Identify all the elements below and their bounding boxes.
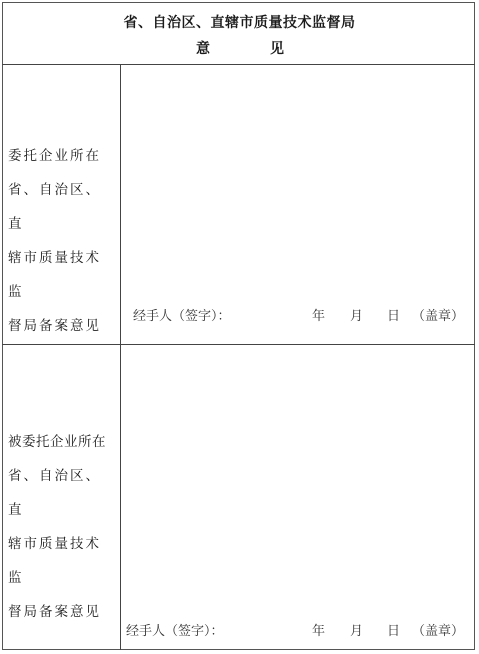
label-line: 督局备案意见 [8,309,116,343]
day-label: 日 [387,620,400,639]
seal-label: （盖章） [412,620,464,639]
label-line: 督局备案意见 [8,595,116,629]
handler-signature-label: 经手人（签字）： [133,305,231,324]
month-label: 月 [350,620,363,639]
label-line: 被委托企业所在 [8,425,116,459]
month-label: 月 [350,305,363,324]
subtitle-char-1: 意 [196,38,210,58]
subtitle-char-2: 见 [270,38,284,58]
section-2-opinion-area[interactable] [121,345,475,650]
label-line: 辖市质量技术监 [8,241,116,309]
seal-label: （盖章） [412,305,464,324]
label-line: 委托企业所在 [8,139,116,173]
section-1-opinion-area[interactable] [121,65,475,344]
label-line: 省、自治区、直 [8,173,116,241]
label-line: 省、自治区、直 [8,459,116,527]
year-label: 年 [312,620,325,639]
form-title: 省、自治区、直辖市质量技术监督局 [0,12,479,32]
handler-signature-label: 经手人（签字）： [126,620,224,639]
year-label: 年 [312,305,325,324]
section-2-label: 被委托企业所在 省、自治区、直 辖市质量技术监 督局备案意见 [8,425,116,629]
day-label: 日 [387,305,400,324]
label-line: 辖市质量技术监 [8,527,116,595]
section-1-label: 委托企业所在 省、自治区、直 辖市质量技术监 督局备案意见 [8,139,116,343]
